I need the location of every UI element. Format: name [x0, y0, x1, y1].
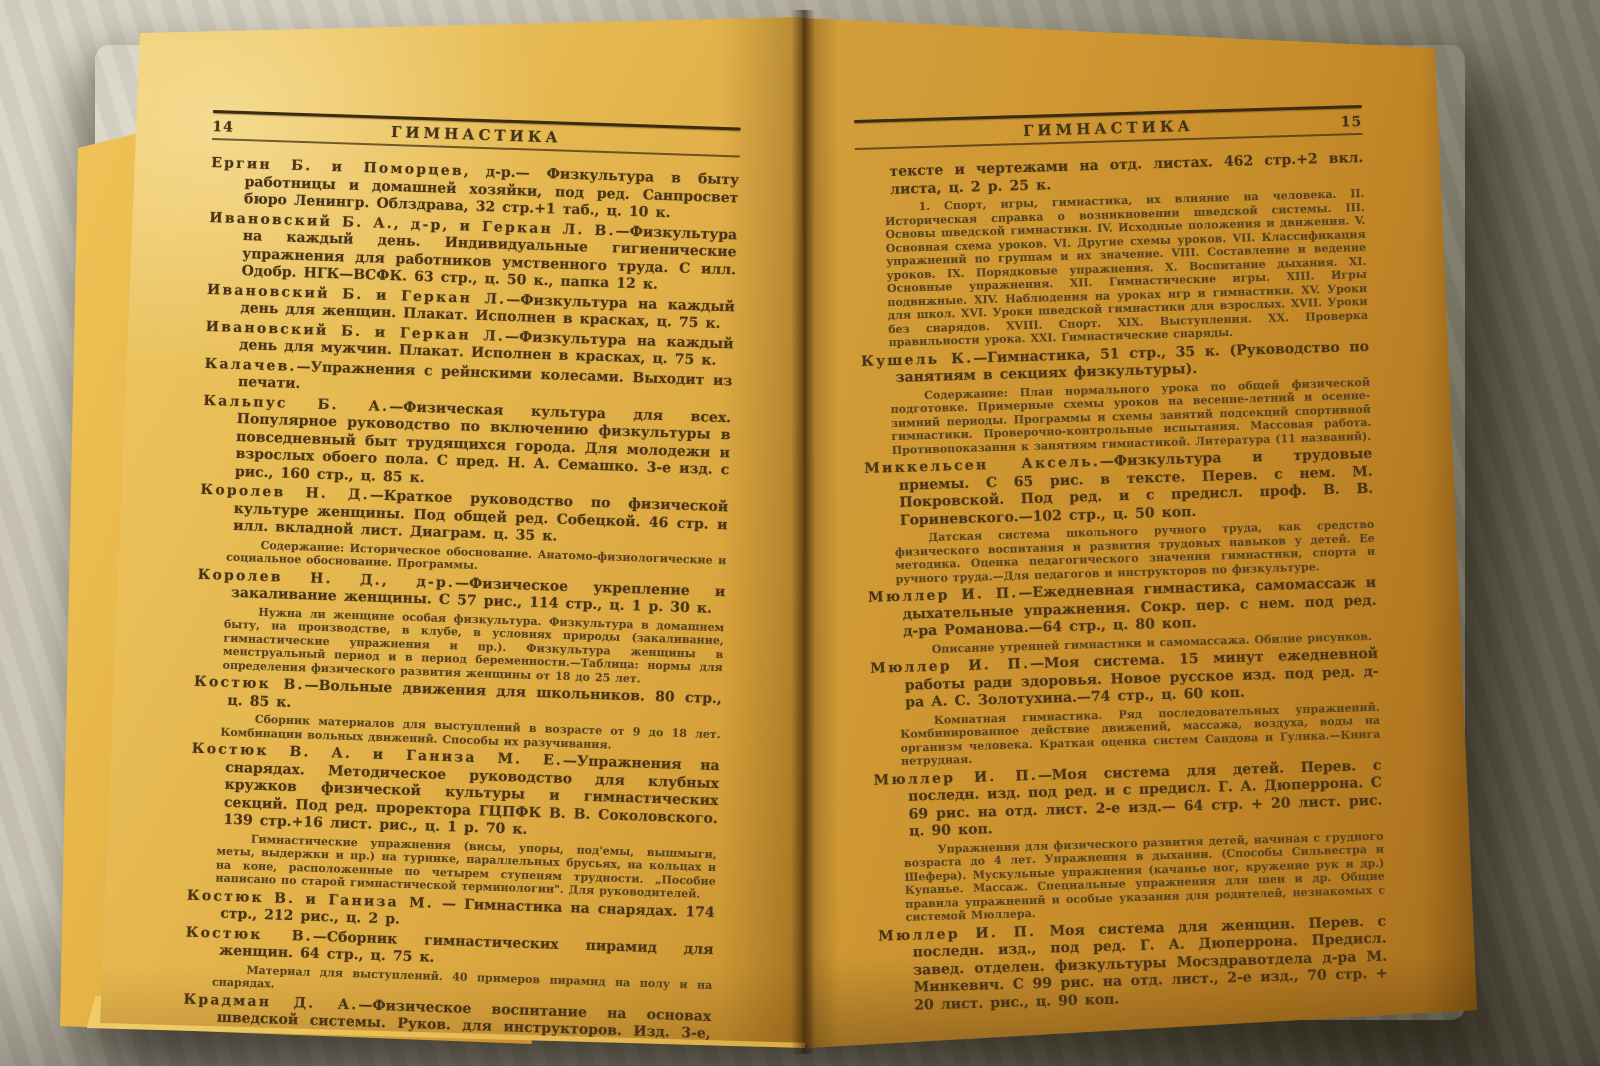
- bibliography-entry: Мюллер И. П.—Моя система для детей. Пере…: [873, 757, 1383, 842]
- bibliography-entry: Комнатная гимнастика. Ряд последовательн…: [900, 700, 1381, 768]
- bibliography-entry: Нужна ли женщине особая физкультура. Физ…: [222, 604, 724, 688]
- entry-author: Крадман Д. А.: [183, 991, 358, 1013]
- bibliography-entry: Датская система школьного ручного труда,…: [894, 518, 1375, 586]
- gutter-crease: [791, 10, 815, 1054]
- entry-text: Содержание: План нормального урока по об…: [890, 375, 1371, 456]
- bibliography-entry: Упражнения для физического развития дете…: [903, 829, 1385, 924]
- page-number: 15: [1316, 114, 1362, 131]
- entry-author: Костюк В.: [185, 924, 313, 944]
- entry-text: 1. Спорт, игры, гимнастика, их влияние н…: [885, 187, 1368, 349]
- bibliography-entry: 1. Спорт, игры, гимнастика, их влияние н…: [884, 187, 1368, 350]
- page-number: 14: [212, 119, 259, 137]
- entry-author: Королев Н. Д.: [200, 482, 370, 504]
- entry-author: Калачев.: [204, 355, 297, 374]
- bibliography-entries: тексте и чертежами на отд. листах. 462 с…: [855, 150, 1388, 1016]
- bibliography-entry: Содержание: План нормального урока по об…: [890, 375, 1372, 457]
- bibliography-entry: Костюк В. А. и Ганиза М. Е.—Упражнения н…: [189, 741, 720, 846]
- entry-text: Датская система школьного ручного труда,…: [895, 518, 1376, 586]
- entry-author: Кальпус Б. А.: [203, 392, 389, 414]
- bibliography-entry: Миккельсен Аксель.—Физкультура и трудовы…: [864, 446, 1374, 531]
- entry-author: Кушель К.: [861, 350, 974, 369]
- bibliography-entries: Ергин Б. и Поморцев, д-р.— Физкультура в…: [182, 155, 739, 1061]
- left-page-content: 14 ГИМНАСТИКА Ергин Б. и Поморцев, д-р.—…: [182, 110, 741, 1063]
- header-spacer: [694, 147, 740, 149]
- entry-author: Костюк В.: [194, 674, 305, 694]
- bibliography-entry: Мюллер И. П. Моя система для женщин. Пер…: [878, 913, 1388, 1016]
- entry-text: Комнатная гимнастика. Ряд последовательн…: [900, 700, 1381, 768]
- entry-text: Нужна ли женщине особая физкультура. Физ…: [222, 605, 724, 685]
- left-page: 14 ГИМНАСТИКА Ергин Б. и Поморцев, д-р.—…: [95, 15, 812, 1050]
- entry-text: —Моя система. 15 минут ежедневной работы…: [905, 646, 1379, 711]
- bibliography-entry: Кальпус Б. А.—Физическая культура для вс…: [201, 392, 732, 497]
- entry-text: —Ежедневная гимнастика, самомассаж и дых…: [902, 575, 1376, 640]
- header-spacer: [855, 140, 901, 141]
- right-page: ГИМНАСТИКА 15 тексте и чертежами на отд.…: [798, 8, 1490, 1060]
- right-page-content: ГИМНАСТИКА 15 тексте и чертежами на отд.…: [854, 105, 1388, 1018]
- book-photo: 14 ГИМНАСТИКА Ергин Б. и Поморцев, д-р.—…: [0, 0, 1600, 1066]
- entry-text: Упражнения для физического развития дете…: [904, 829, 1385, 924]
